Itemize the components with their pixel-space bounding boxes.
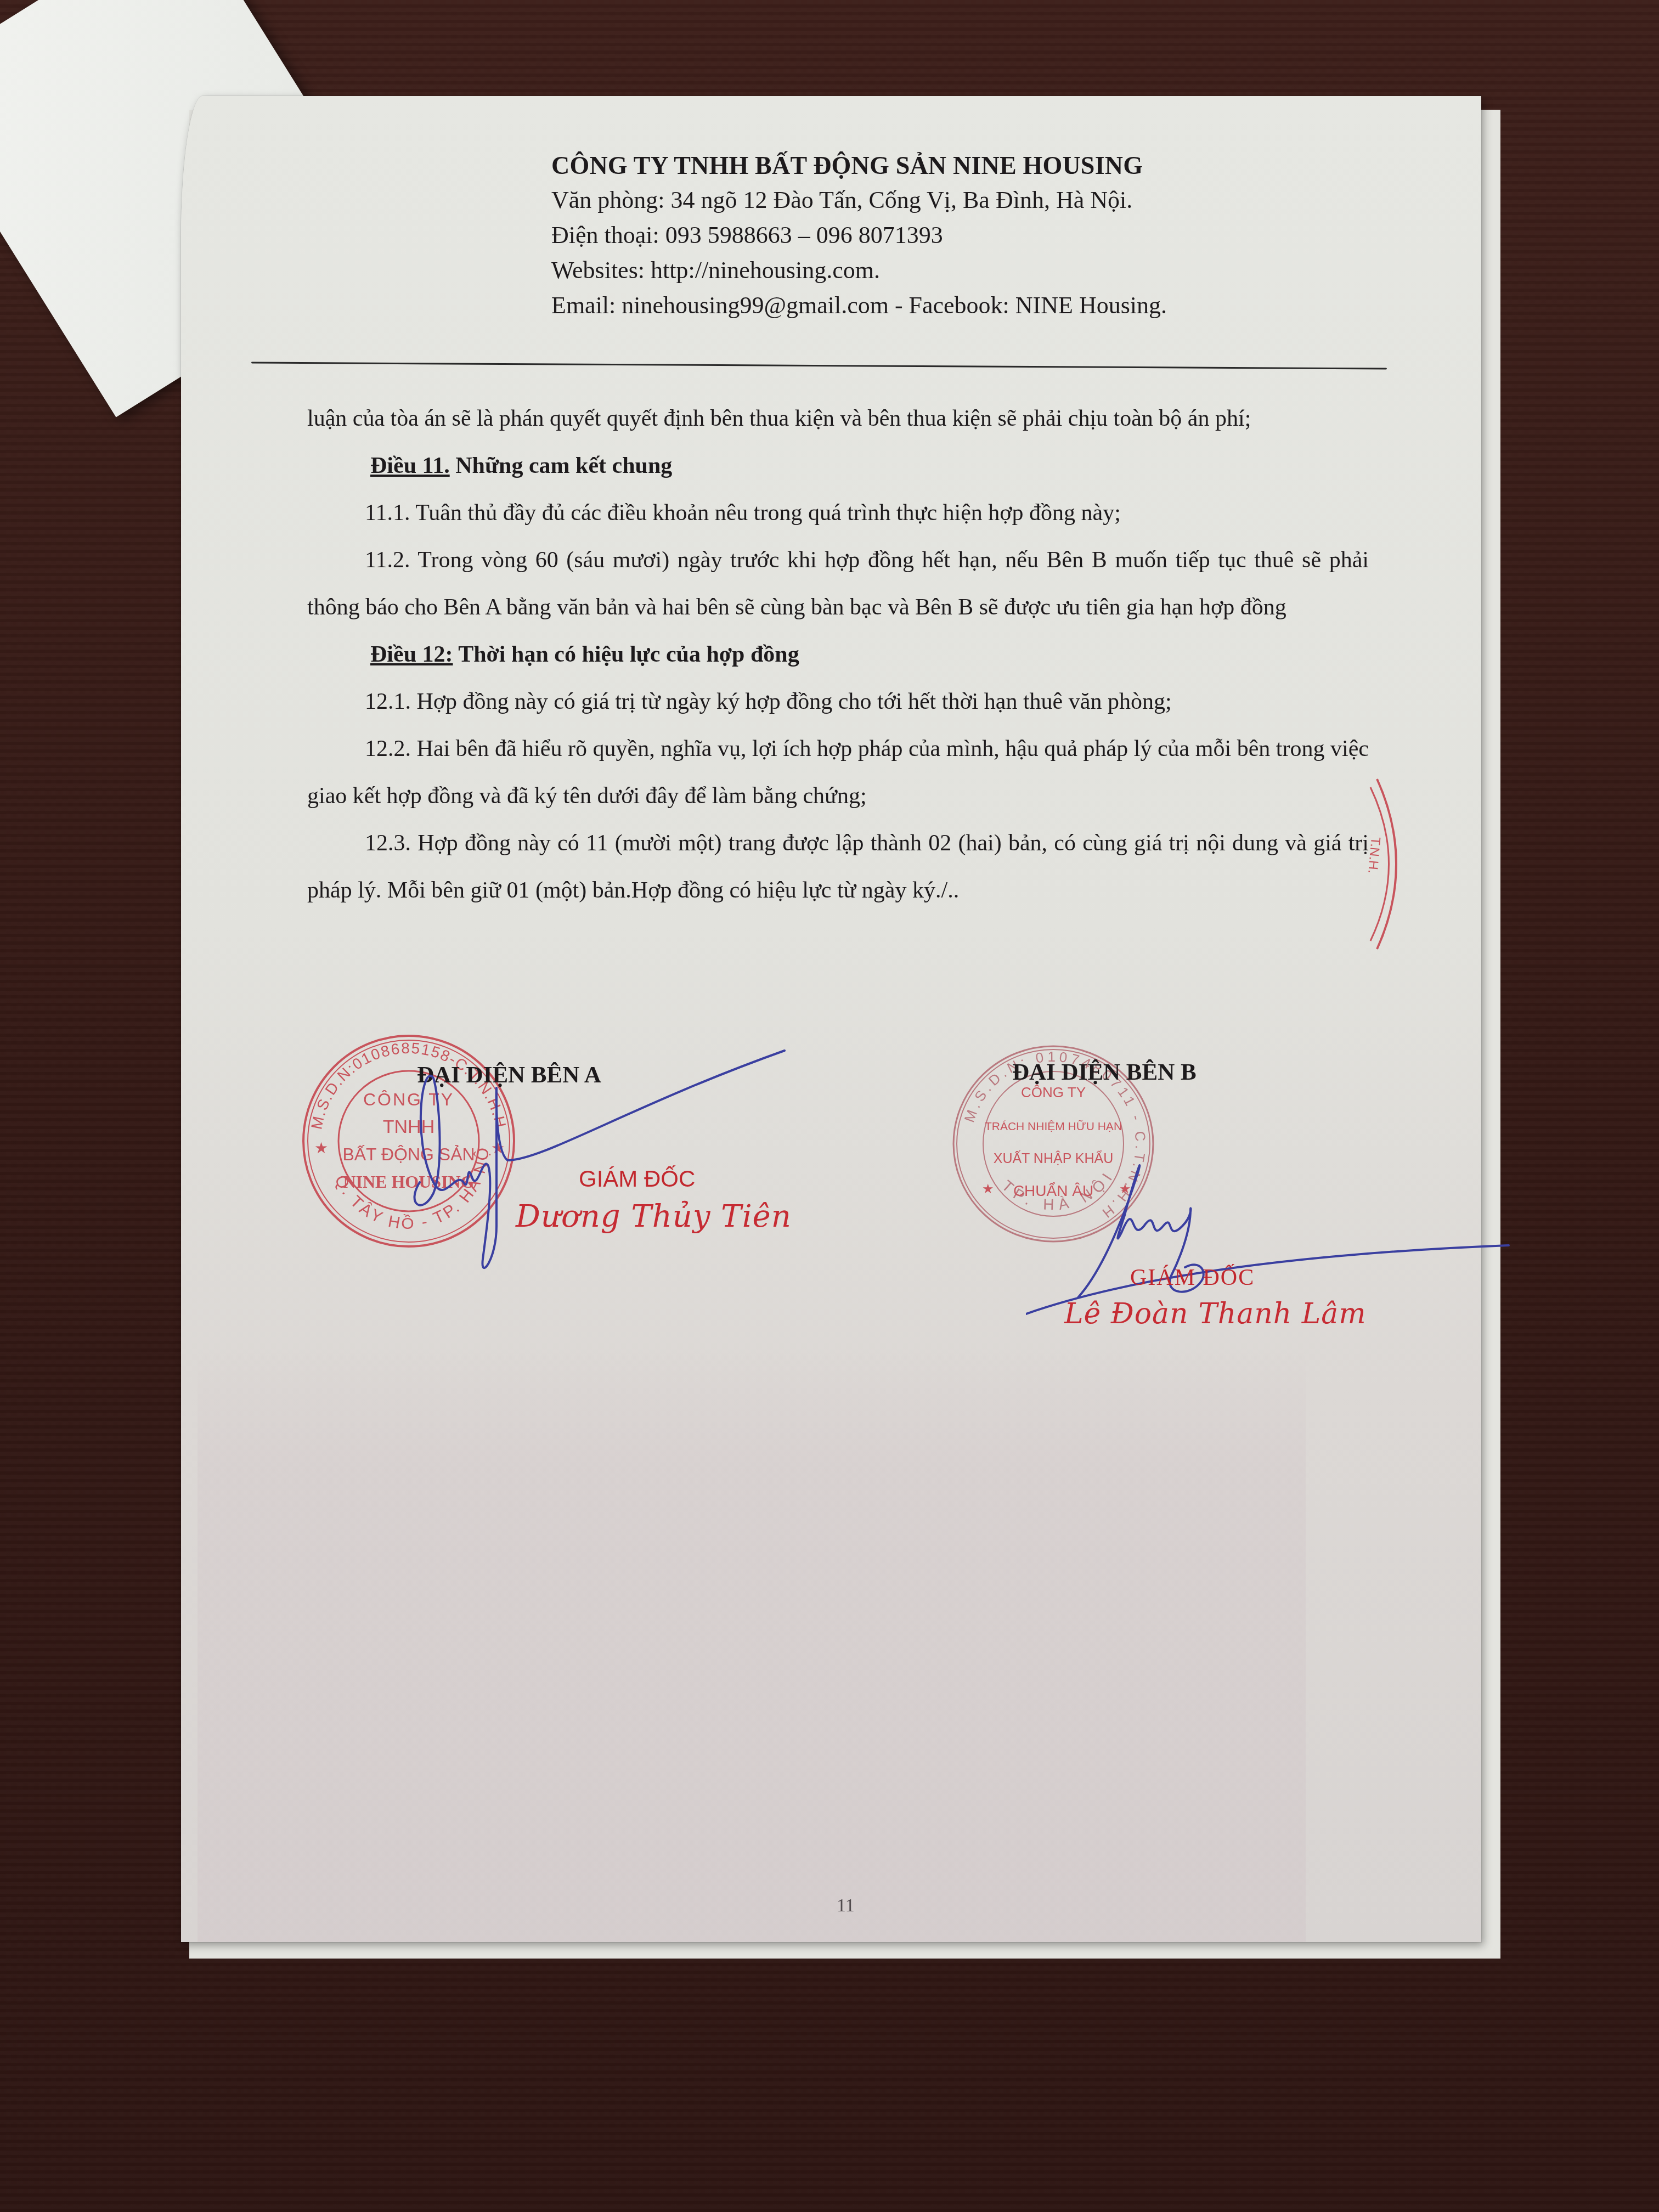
article-11-title: Những cam kết chung — [450, 453, 673, 478]
page-number: 11 — [837, 1895, 855, 1916]
continuation-paragraph: luận của tòa án sẽ là phán quyết quyết đ… — [307, 395, 1369, 442]
phone-numbers: Điện thoại: 093 5988663 – 096 8071393 — [551, 221, 1167, 250]
company-name: CÔNG TY TNHH BẤT ĐỘNG SẢN NINE HOUSING — [551, 151, 1167, 180]
header-divider — [251, 362, 1387, 370]
svg-text:★: ★ — [314, 1140, 328, 1157]
svg-text:T.N.H.: T.N.H. — [1365, 836, 1383, 874]
document-page: CÔNG TY TNHH BẤT ĐỘNG SẢN NINE HOUSING V… — [181, 96, 1481, 1942]
email-facebook: Email: ninehousing99@gmail.com - Faceboo… — [551, 291, 1167, 320]
office-address: Văn phòng: 34 ngõ 12 Đào Tấn, Cống Vị, B… — [551, 185, 1167, 215]
party-b-name: Lê Đoàn Thanh Lâm — [1064, 1297, 1367, 1330]
svg-text:★: ★ — [982, 1182, 994, 1197]
clause-11-1: 11.1. Tuân thủ đầy đủ các điều khoản nêu… — [307, 489, 1369, 537]
clause-12-2: 12.2. Hai bên đã hiểu rõ quyền, nghĩa vụ… — [307, 725, 1369, 820]
partial-stamp-edge: T.N.H. — [1355, 776, 1421, 952]
contract-body: luận của tòa án sẽ là phán quyết quyết đ… — [307, 395, 1369, 914]
svg-text:TRÁCH NHIỆM HỮU HẠN: TRÁCH NHIỆM HỮU HẠN — [985, 1120, 1122, 1133]
article-11-heading: Điều 11. Những cam kết chung — [307, 442, 1369, 489]
svg-text:CÔNG TY: CÔNG TY — [1021, 1084, 1086, 1101]
website: Websites: http://ninehousing.com. — [551, 256, 1167, 285]
article-11-number: Điều 11. — [370, 453, 450, 478]
party-b-title: GIÁM ĐỐC — [1130, 1265, 1255, 1291]
party-a-name: Dương Thủy Tiên — [516, 1199, 792, 1234]
letterhead: CÔNG TY TNHH BẤT ĐỘNG SẢN NINE HOUSING V… — [551, 151, 1167, 320]
clause-12-3: 12.3. Hợp đồng này có 11 (mười một) tran… — [307, 820, 1369, 914]
article-12-title: Thời hạn có hiệu lực của hợp đồng — [453, 642, 799, 667]
party-a-title: GIÁM ĐỐC — [579, 1166, 695, 1192]
party-a-signature — [400, 1029, 795, 1281]
article-12-heading: Điều 12: Thời hạn có hiệu lực của hợp đồ… — [307, 631, 1369, 678]
clause-11-2: 11.2. Trong vòng 60 (sáu mươi) ngày trướ… — [307, 537, 1369, 631]
clause-12-1: 12.1. Hợp đồng này có giá trị từ ngày ký… — [307, 678, 1369, 725]
party-b-label: ĐẠI DIỆN BÊN B — [1012, 1059, 1197, 1086]
article-12-number: Điều 12: — [370, 642, 453, 667]
